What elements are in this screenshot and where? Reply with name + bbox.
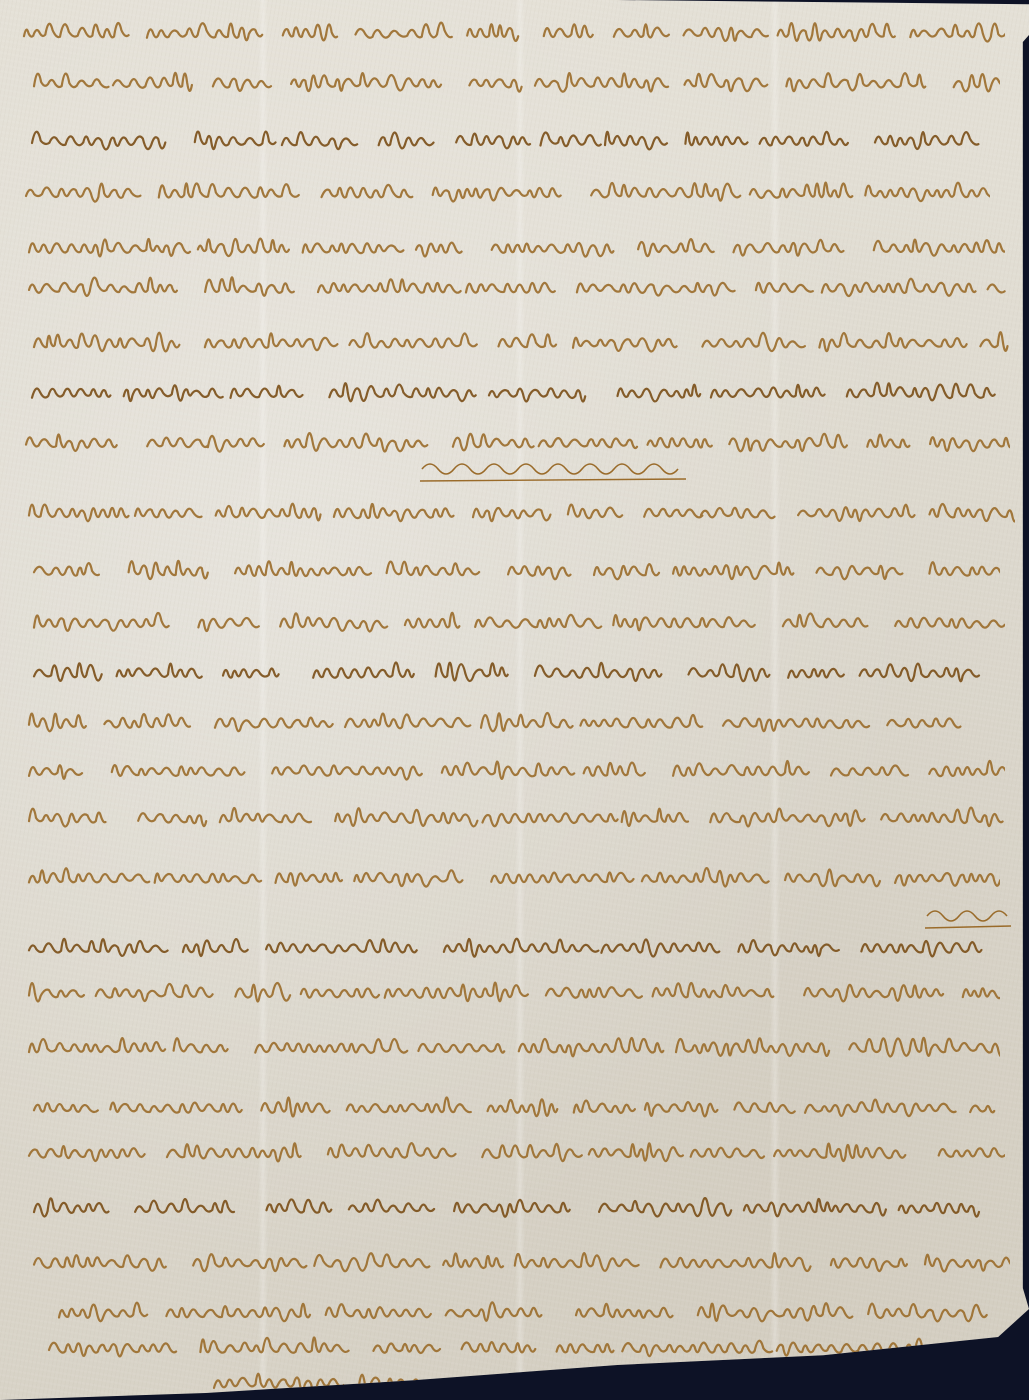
handwritten-line: [handwritten Tamil line 25] (55, 1290, 1000, 1330)
handwritten-line: [handwritten Tamil line 16] (25, 795, 1005, 835)
handwritten-line: [handwritten Tamil line 7] (30, 320, 1010, 360)
handwritten-line: [handwritten Tamil line 22] (25, 1130, 1005, 1170)
handwritten-line: [handwritten Tamil line 18] (25, 925, 1000, 965)
handwritten-line: [handwritten Tamil line 2] (30, 60, 1000, 100)
handwritten-line: [handwritten Tamil line 1] (20, 10, 1005, 50)
handwritten-line: [handwritten Tamil line 8] (28, 370, 1010, 410)
handwritten-line: [handwritten Tamil line 24] (30, 1240, 1010, 1280)
handwritten-line: [handwritten Tamil line 23] (30, 1185, 1010, 1225)
handwritten-line: [handwritten Tamil line 15] (25, 748, 1005, 788)
handwritten-line: [handwritten Tamil line 5] (25, 225, 1005, 265)
handwritten-line: [handwritten Tamil line 27] (210, 1360, 425, 1400)
handwritten-line: [handwritten Tamil line 13] (30, 650, 1005, 690)
handwritten-line: [handwritten Tamil line 20] (25, 1025, 1000, 1065)
handwritten-line: [handwritten Tamil line 6] (25, 265, 1010, 305)
handwritten-line: [handwritten Tamil line 19] (25, 970, 1000, 1010)
handwritten-line: [handwritten Tamil line 17] (25, 855, 1000, 895)
manuscript-page: [handwritten Tamil line 1][handwritten T… (0, 0, 1029, 1400)
interlinear-annotation (925, 902, 1015, 937)
handwritten-line: [handwritten Tamil line 12] (30, 600, 1005, 640)
handwritten-line: [handwritten Tamil line 3] (28, 118, 1000, 158)
handwritten-line: [handwritten Tamil line 10] (25, 490, 1015, 530)
handwritten-line: [handwritten Tamil line 9] (22, 420, 1010, 460)
handwritten-line: [handwritten Tamil line 4] (22, 170, 990, 210)
handwritten-line: [handwritten Tamil line 26] (45, 1325, 990, 1365)
handwritten-line: [handwritten Tamil line 11] (30, 548, 1000, 588)
handwritten-line: [handwritten Tamil line 21] (30, 1085, 1000, 1125)
handwritten-line: [handwritten Tamil line 14] (25, 700, 1005, 740)
interlinear-annotation (420, 455, 690, 490)
